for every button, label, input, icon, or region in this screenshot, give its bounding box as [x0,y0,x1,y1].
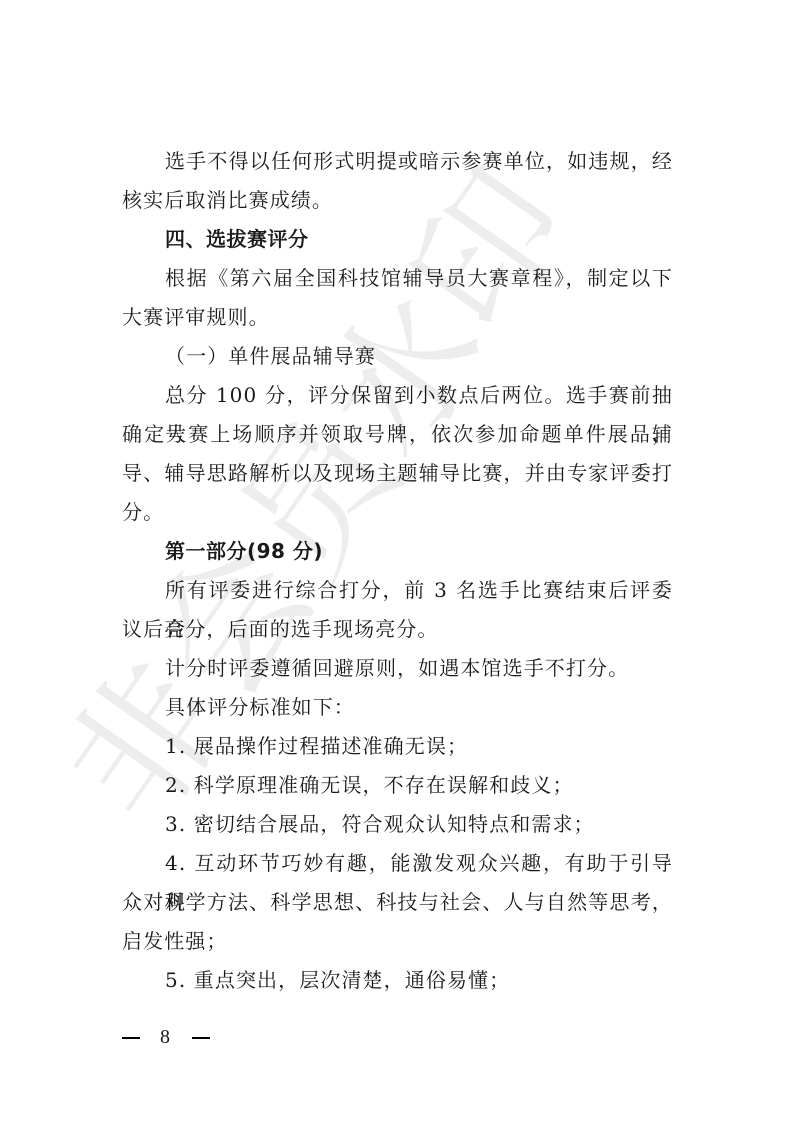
page-number-dash-left [122,1037,140,1039]
criteria-item-3: 3. 密切结合展品，符合观众认知特点和需求； [122,805,673,844]
criteria-item-1: 1. 展品操作过程描述准确无误； [122,727,673,766]
paragraph-line-total-score-cont-1: 确定大赛上场顺序并领取号牌，依次参加命题单件展品辅 [122,415,673,454]
criteria-item-4-cont-1: 众对科学方法、科学思想、科技与社会、人与自然等思考， [122,883,673,922]
page-number: 8 [122,1026,210,1049]
criteria-item-4: 4. 互动环节巧妙有趣，能激发观众兴趣，有助于引导观 [122,844,673,883]
paragraph-line-disqualification: 选手不得以任何形式明提或暗示参赛单位，如违规，经 [122,142,673,181]
document-body: 选手不得以任何形式明提或暗示参赛单位，如违规，经 核实后取消比赛成绩。 四、选拔… [122,142,673,1000]
paragraph-line-total-score: 总分 100 分，评分保留到小数点后两位。选手赛前抽号， [122,376,673,415]
section-heading-selection-scoring: 四、选拔赛评分 [122,220,673,259]
criteria-item-2: 2. 科学原理准确无误，不存在误解和歧义； [122,766,673,805]
part-heading-part-one: 第一部分(98 分) [122,532,673,571]
paragraph-line-judges: 所有评委进行综合打分，前 3 名选手比赛结束后评委合 [122,571,673,610]
subsection-heading-single-exhibit: （一）单件展品辅导赛 [122,337,673,376]
paragraph-line-criteria-intro: 具体评分标准如下： [122,688,673,727]
page-number-value: 8 [160,1026,170,1049]
paragraph-line-disqualification-cont: 核实后取消比赛成绩。 [122,181,673,220]
criteria-item-5: 5. 重点突出，层次清楚，通俗易懂； [122,961,673,1000]
paragraph-line-rules-basis-cont: 大赛评审规则。 [122,298,673,337]
paragraph-line-avoidance: 计分时评委遵循回避原则，如遇本馆选手不打分。 [122,649,673,688]
paragraph-line-total-score-cont-2: 导、辅导思路解析以及现场主题辅导比赛，并由专家评委打 [122,454,673,493]
paragraph-line-total-score-cont-3: 分。 [122,493,673,532]
criteria-item-4-cont-2: 启发性强； [122,922,673,961]
document-page: 选手不得以任何形式明提或暗示参赛单位，如违规，经 核实后取消比赛成绩。 四、选拔… [0,0,793,1122]
page-number-dash-right [192,1037,210,1039]
paragraph-line-rules-basis: 根据《第六届全国科技馆辅导员大赛章程》，制定以下 [122,259,673,298]
paragraph-line-judges-cont: 议后亮分，后面的选手现场亮分。 [122,610,673,649]
